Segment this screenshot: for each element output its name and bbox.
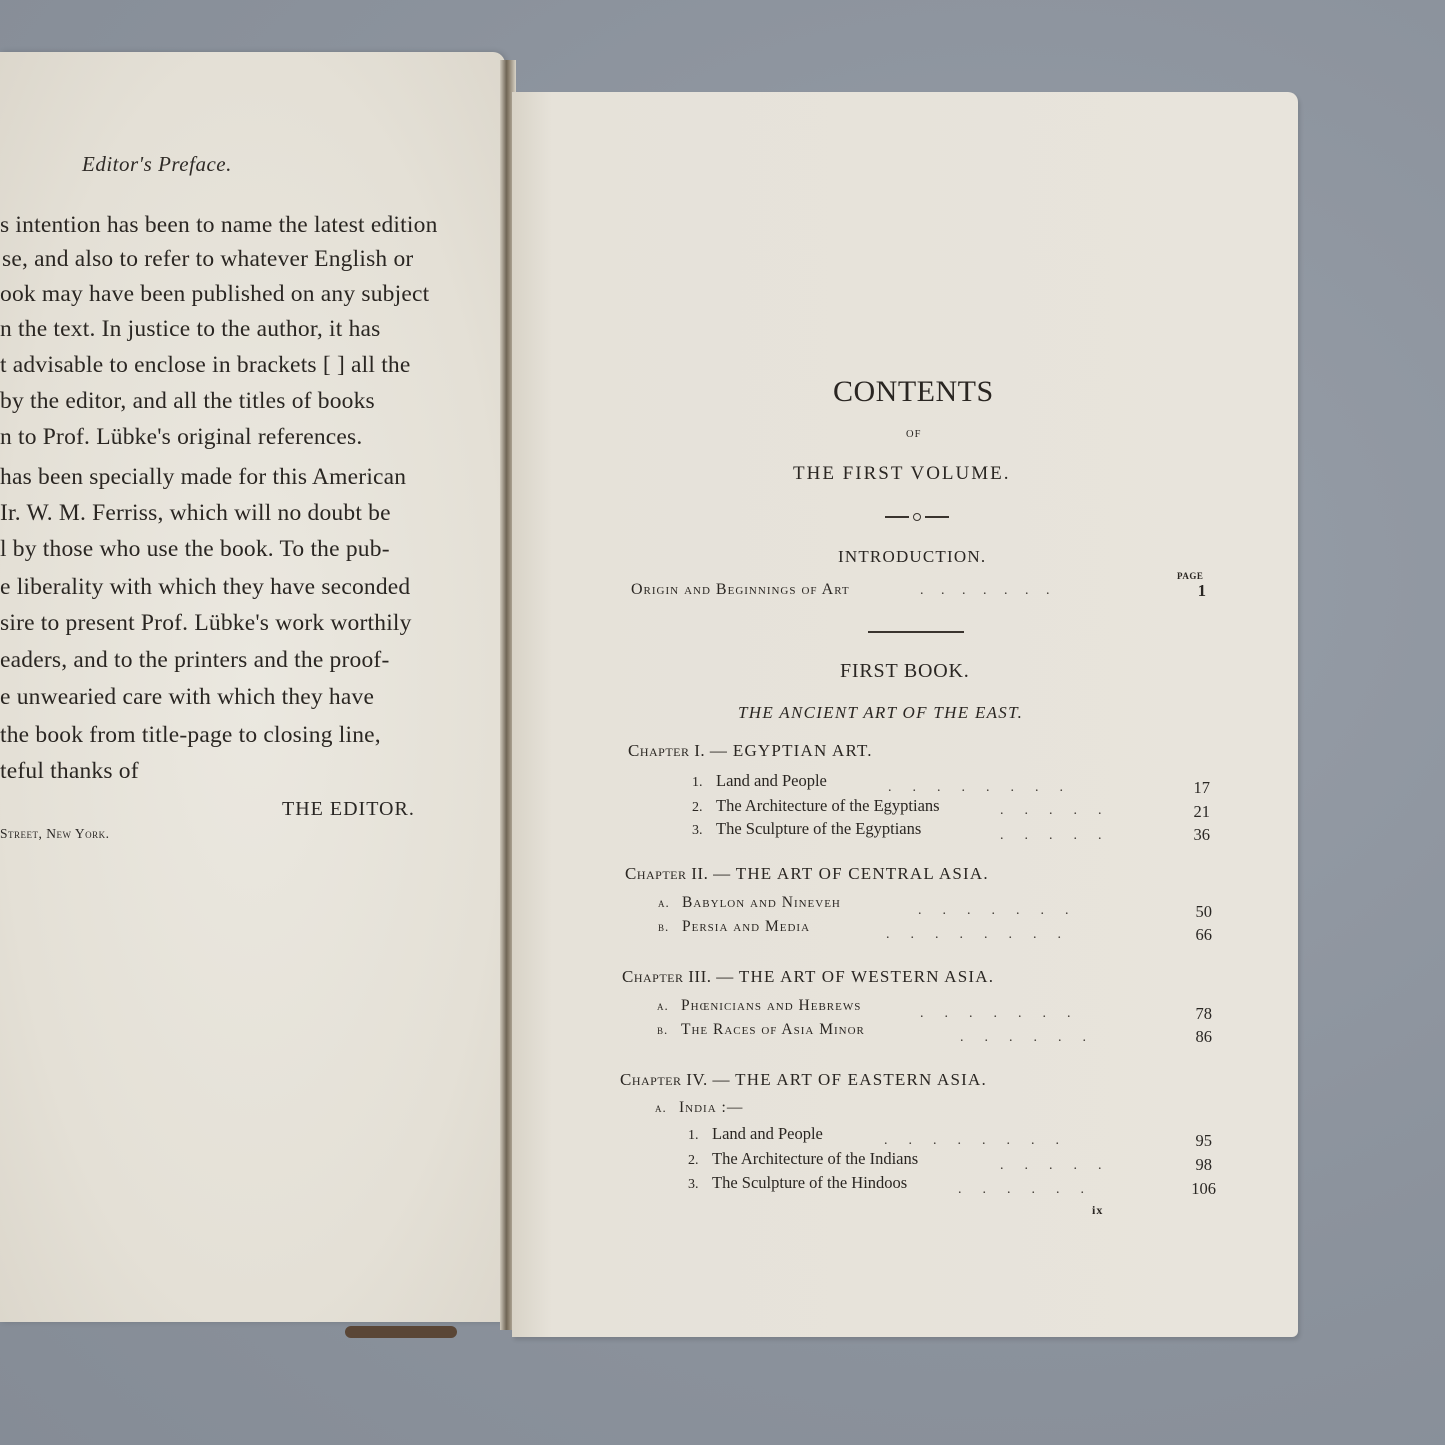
preface-line: eaders, and to the printers and the proo… [0,647,389,674]
toc-entry-label: Persia and Media [682,918,810,935]
leader-dots: . . . . . . . . [884,1133,1059,1149]
chapter-heading: Chapter III. — THE ART OF WESTERN ASIA. [622,967,994,987]
editor-signature: THE EDITOR. [282,798,415,821]
chapter-title: THE ART OF EASTERN ASIA. [735,1070,987,1089]
section-rule [868,631,964,633]
introduction-heading: INTRODUCTION. [838,547,986,567]
leader-dots: . . . . . . [960,1030,1086,1046]
leader-dots: . . . . . . . . [886,927,1061,943]
chapter-title: THE ART OF CENTRAL ASIA. [736,864,989,883]
toc-entry-page: 50 [1172,902,1212,922]
leader-dots: . . . . . . . [920,583,1050,599]
toc-entry-page: 66 [1172,925,1212,945]
toc-entry: 3.The Sculpture of the Egyptians [692,819,921,839]
leader-dots: . . . . . [1000,1158,1102,1174]
toc-entry-page: 98 [1172,1155,1212,1175]
toc-entry: 1.Land and People [692,771,827,791]
leader-dots: . . . . . . . . [888,780,1063,796]
leader-dots: . . . . . [1000,828,1102,844]
toc-entry-page: 86 [1172,1027,1212,1047]
toc-entry-page: 36 [1170,825,1210,845]
preface-line: se, and also to refer to whatever Englis… [2,246,413,273]
book-heading: FIRST BOOK. [840,660,970,683]
preface-line: e unwearied care with which they have [0,684,374,711]
preface-line: by the editor, and all the titles of boo… [0,388,375,415]
leader-dots: . . . . . . . [918,903,1069,919]
leader-dots: . . . . . [1000,803,1102,819]
contents-of: OF [906,429,921,440]
toc-entry-page: 17 [1170,778,1210,798]
chapter-prefix: Chapter I. — [628,741,727,760]
toc-entry-page: 95 [1172,1131,1212,1151]
toc-entry: b.The Races of Asia Minor [657,1021,865,1039]
ornament-divider-icon [885,512,949,522]
volume-heading: THE FIRST VOLUME. [793,463,1011,485]
toc-section-label: India :— [679,1099,743,1116]
leader-dots: . . . . . . [958,1182,1084,1198]
preface-line: l by those who use the book. To the pub- [0,536,390,563]
chapter-prefix: Chapter IV. — [620,1070,730,1089]
toc-entry-page: 78 [1172,1004,1212,1024]
toc-entry-page: 1 [1166,581,1206,601]
preface-line: ook may have been published on any subje… [0,281,429,308]
toc-entry: a.Babylon and Nineveh [658,894,841,912]
toc-entry-label: The Architecture of the Egyptians [716,796,940,815]
page-column-label: PAGE [1177,571,1203,581]
contents-title: CONTENTS [833,375,994,409]
toc-entry: 1.Land and People [688,1124,823,1144]
leader-dots: . . . . . . . [920,1006,1071,1022]
toc-entry-label: Land and People [712,1124,823,1143]
book-subtitle: THE ANCIENT ART OF THE EAST. [738,703,1023,723]
preface-line: has been specially made for this America… [0,464,406,491]
toc-entry-label: Babylon and Nineveh [682,894,841,911]
toc-entry: 2.The Architecture of the Indians [688,1149,918,1169]
toc-entry-label: The Architecture of the Indians [712,1149,918,1168]
toc-entry: 3.The Sculpture of the Hindoos [688,1173,907,1193]
toc-entry-label: Land and People [716,771,827,790]
preface-line: e liberality with which they have second… [0,574,410,601]
toc-entry-label: The Sculpture of the Egyptians [716,819,921,838]
toc-entry-page: 21 [1170,802,1210,822]
toc-entry-page: 106 [1176,1179,1216,1199]
running-head: Editor's Preface. [82,152,232,177]
preface-line: n the text. In justice to the author, it… [0,316,381,343]
toc-entry-label: The Sculpture of the Hindoos [712,1173,907,1192]
preface-line: n to Prof. Lübke's original references. [0,424,362,451]
page-folio: ix [1092,1203,1103,1218]
chapter-prefix: Chapter II. — [625,864,731,883]
chapter-title: THE ART OF WESTERN ASIA. [739,967,994,986]
preface-line: Ir. W. M. Ferriss, which will no doubt b… [0,500,391,527]
book-cover-edge-bottom [345,1326,457,1338]
toc-section: a.India :— [655,1099,743,1117]
preface-line: the book from title-page to closing line… [0,722,381,749]
editor-address: Street, New York. [0,826,110,842]
chapter-heading: Chapter I. — EGYPTIAN ART. [628,741,873,761]
toc-entry-label: Origin and Beginnings of Art [631,581,850,599]
preface-line: t advisable to enclose in brackets [ ] a… [0,352,411,379]
toc-entry-label: The Races of Asia Minor [681,1021,865,1038]
chapter-heading: Chapter IV. — THE ART OF EASTERN ASIA. [620,1070,987,1090]
chapter-title: EGYPTIAN ART. [733,741,873,760]
toc-entry: 2.The Architecture of the Egyptians [692,796,940,816]
toc-entry-label: Phœnicians and Hebrews [681,997,861,1014]
toc-entry: a.Phœnicians and Hebrews [657,997,861,1015]
preface-line: sire to present Prof. Lübke's work worth… [0,610,412,637]
chapter-heading: Chapter II. — THE ART OF CENTRAL ASIA. [625,864,989,884]
preface-line: s intention has been to name the latest … [0,212,438,239]
toc-entry: b.Persia and Media [658,918,810,936]
preface-line: teful thanks of [0,758,139,785]
chapter-prefix: Chapter III. — [622,967,734,986]
